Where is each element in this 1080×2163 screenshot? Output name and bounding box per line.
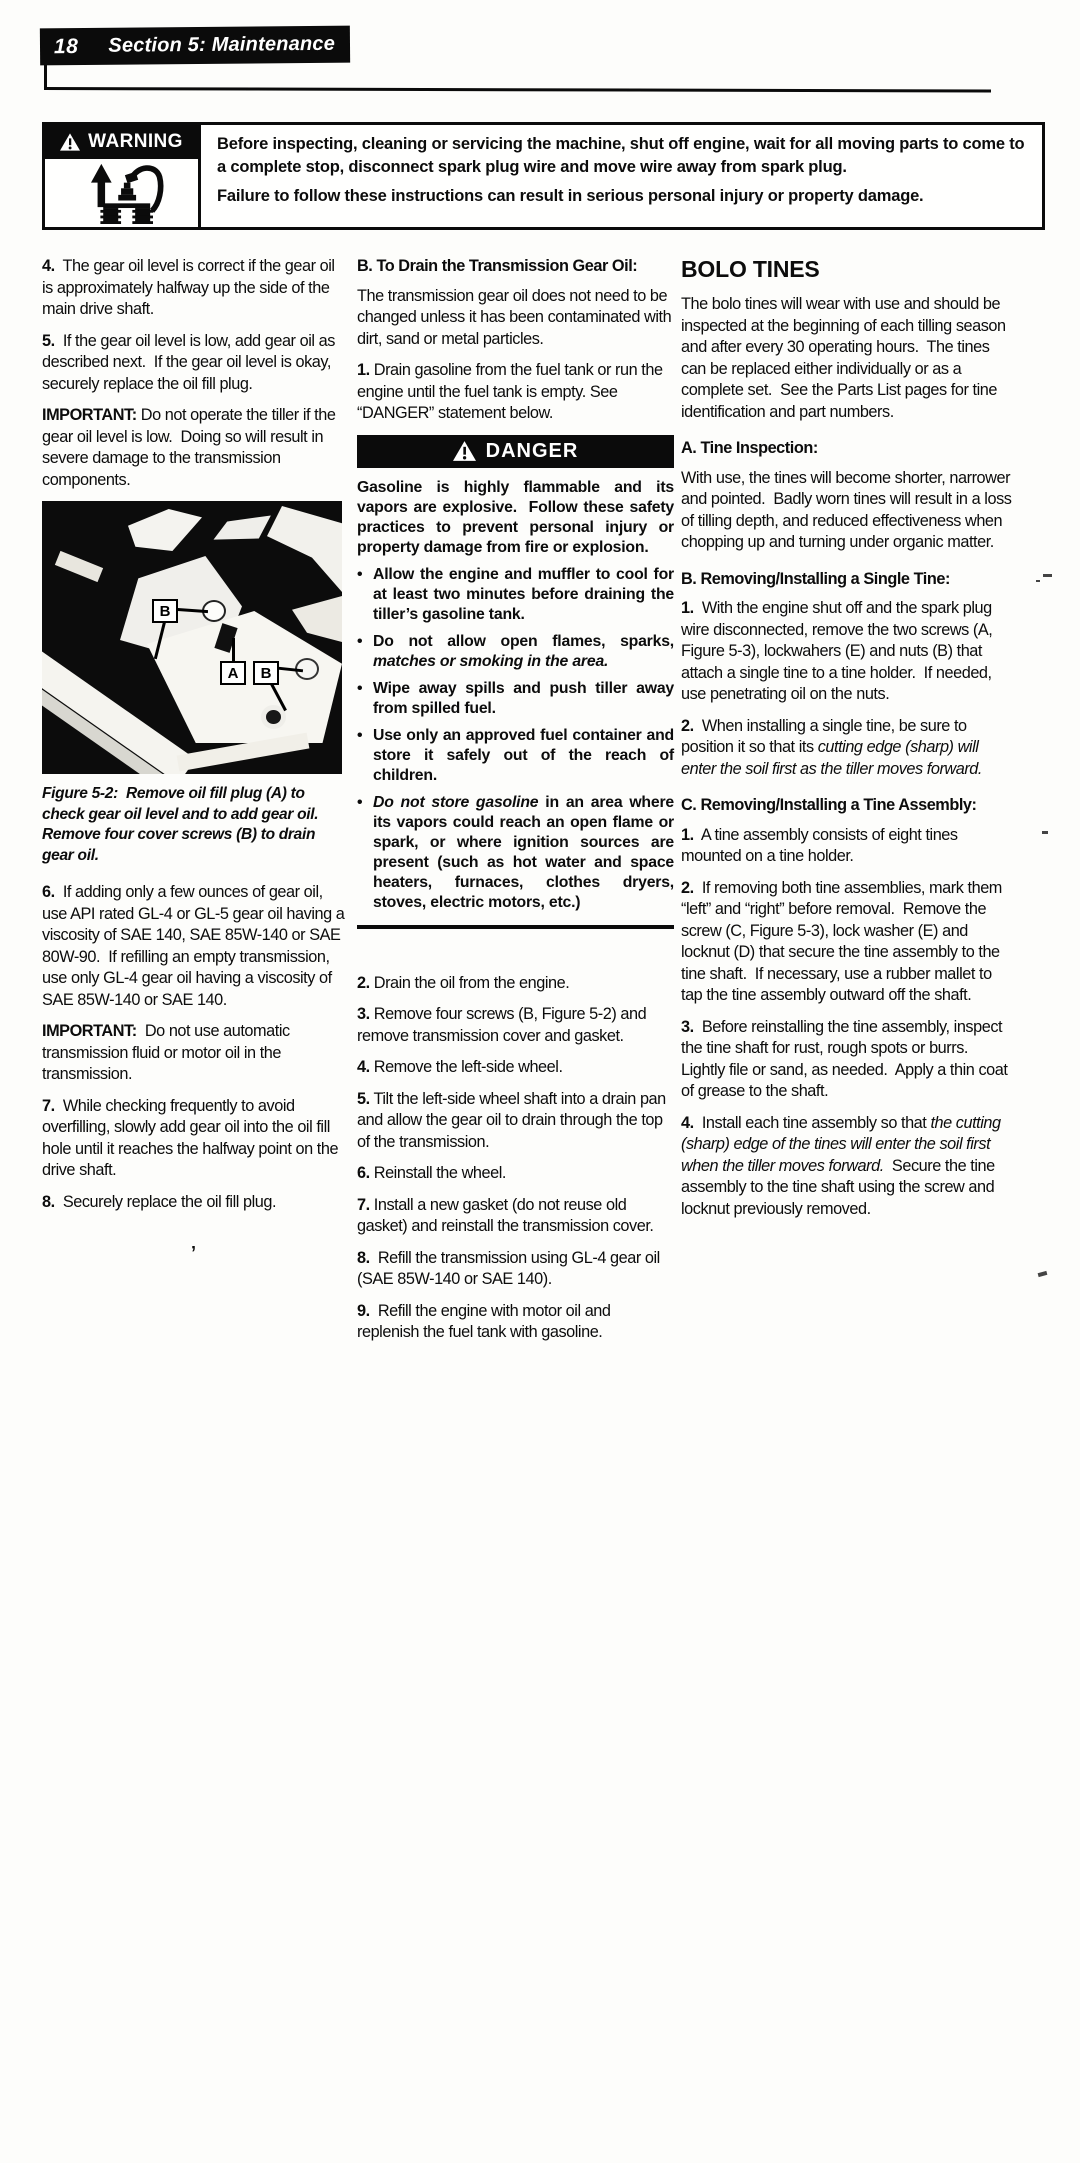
warning-triangle-icon bbox=[60, 133, 80, 151]
bullet-text: Do not allow open flames, sparks, matche… bbox=[373, 632, 674, 672]
section-heading: C. Removing/Installing a Tine Assembly: bbox=[681, 795, 1016, 817]
gear-oil-add-steps: 6. If adding only a few ounces of gear o… bbox=[42, 882, 345, 1213]
drain-gear-oil-steps: 2. Drain the oil from the engine.3. Remo… bbox=[357, 973, 674, 1344]
bullet-dot: • bbox=[357, 679, 373, 719]
bullet-text: Use only an approved fuel container and … bbox=[373, 726, 674, 786]
paragraph: 5. If the gear oil level is low, add gea… bbox=[42, 331, 345, 396]
photo-highlight bbox=[267, 506, 342, 592]
paragraph: 4. Remove the left-side wheel. bbox=[357, 1057, 674, 1079]
section-heading: B. Removing/Installing a Single Tine: bbox=[681, 569, 1016, 591]
spark-plug-icon bbox=[45, 159, 198, 227]
column-middle: B. To Drain the Transmission Gear Oil:Th… bbox=[357, 256, 674, 1354]
paragraph: 8. Securely replace the oil fill plug. bbox=[42, 1192, 345, 1214]
callout-line bbox=[232, 638, 235, 662]
bullet-item: •Allow the engine and muffler to cool fo… bbox=[357, 565, 674, 625]
paragraph: 7. Install a new gasket (do not reuse ol… bbox=[357, 1195, 674, 1238]
divider-rule bbox=[357, 925, 674, 929]
bullet-dot: • bbox=[357, 793, 373, 913]
paragraph: 4. The gear oil level is correct if the … bbox=[42, 256, 345, 321]
page-number: 18 bbox=[54, 35, 79, 59]
manual-page: 18 Section 5: Maintenance WARNING bbox=[0, 0, 1080, 2163]
photo-highlight bbox=[292, 596, 342, 642]
bullet-text: Allow the engine and muffler to cool for… bbox=[373, 565, 674, 625]
figure-label-a: A bbox=[220, 661, 246, 685]
paragraph: IMPORTANT: Do not use automatic transmis… bbox=[42, 1021, 345, 1086]
gear-oil-check-steps: 4. The gear oil level is correct if the … bbox=[42, 256, 345, 491]
danger-banner: DANGER bbox=[357, 435, 674, 468]
warning-box-left-cell: WARNING bbox=[45, 125, 201, 227]
warning-paragraph: Before inspecting, cleaning or servicing… bbox=[217, 133, 1028, 179]
bullet-dot: • bbox=[357, 726, 373, 786]
paragraph: The transmission gear oil does not need … bbox=[357, 286, 674, 351]
paragraph: 6. If adding only a few ounces of gear o… bbox=[42, 882, 345, 1011]
bullet-item: •Use only an approved fuel container and… bbox=[357, 726, 674, 786]
paragraph: IMPORTANT: Do not operate the tiller if … bbox=[42, 405, 345, 491]
figure-label-b: B bbox=[253, 661, 279, 685]
page-header: 18 Section 5: Maintenance bbox=[40, 26, 350, 66]
section-heading: A. Tine Inspection: bbox=[681, 438, 1016, 460]
warning-label: WARNING bbox=[88, 131, 183, 153]
warning-text: Before inspecting, cleaning or servicing… bbox=[201, 125, 1042, 227]
danger-label: DANGER bbox=[486, 440, 579, 463]
paragraph: 3. Remove four screws (B, Figure 5-2) an… bbox=[357, 1004, 674, 1047]
bolo-tines-section: BOLO TINESThe bolo tines will wear with … bbox=[681, 256, 1016, 1220]
paragraph: 4. Install each tine assembly so that th… bbox=[681, 1113, 1016, 1221]
figure-5-2: B A B Figure 5-2: Remove oil fill plug (… bbox=[42, 501, 345, 866]
warning-header: WARNING bbox=[45, 125, 198, 159]
figure-caption: Figure 5-2: Remove oil fill plug (A) to … bbox=[42, 784, 345, 866]
bullet-text: Wipe away spills and push tiller away fr… bbox=[373, 679, 674, 719]
paragraph: 9. Refill the engine with motor oil and … bbox=[357, 1301, 674, 1344]
ink-speck bbox=[1042, 831, 1048, 834]
column-left: 4. The gear oil level is correct if the … bbox=[42, 256, 345, 1264]
column-right: BOLO TINESThe bolo tines will wear with … bbox=[681, 256, 1016, 1230]
ink-speck bbox=[1038, 1271, 1048, 1277]
section-heading: BOLO TINES bbox=[681, 256, 1016, 283]
paragraph: 5. Tilt the left-side wheel shaft into a… bbox=[357, 1089, 674, 1154]
danger-triangle-icon bbox=[453, 441, 476, 461]
paragraph: 2. When installing a single tine, be sur… bbox=[681, 716, 1016, 781]
ink-speck bbox=[1036, 580, 1040, 582]
header-rule-horizontal bbox=[44, 87, 991, 92]
header-rule-vertical bbox=[44, 62, 47, 90]
warning-paragraph: Failure to follow these instructions can… bbox=[217, 185, 1028, 208]
photo-highlight bbox=[210, 508, 277, 552]
danger-content: Gasoline is highly flammable and its vap… bbox=[357, 478, 674, 913]
paragraph: 3. Before reinstalling the tine assembly… bbox=[681, 1017, 1016, 1103]
section-heading: B. To Drain the Transmission Gear Oil: bbox=[357, 256, 674, 278]
figure-label-b: B bbox=[152, 599, 178, 623]
photo-highlight bbox=[128, 509, 202, 551]
bullet-item: •Do not allow open flames, sparks, match… bbox=[357, 632, 674, 672]
paragraph: 8. Refill the transmission using GL-4 ge… bbox=[357, 1248, 674, 1291]
bullet-item: •Wipe away spills and push tiller away f… bbox=[357, 679, 674, 719]
paragraph: With use, the tines will become shorter,… bbox=[681, 468, 1016, 554]
ink-speck bbox=[1043, 574, 1052, 577]
paragraph: 2. Drain the oil from the engine. bbox=[357, 973, 674, 995]
paragraph: The bolo tines will wear with use and sh… bbox=[681, 294, 1016, 423]
bullet-dot: • bbox=[357, 632, 373, 672]
stray-ink-mark: ’ bbox=[42, 1243, 345, 1264]
bullet-text: Do not store gasoline in an area where i… bbox=[373, 793, 674, 913]
paragraph: Gasoline is highly flammable and its vap… bbox=[357, 478, 674, 558]
figure-photo: B A B bbox=[42, 501, 342, 774]
bullet-item: •Do not store gasoline in an area where … bbox=[357, 793, 674, 913]
bullet-dot: • bbox=[357, 565, 373, 625]
paragraph: 1. With the engine shut off and the spar… bbox=[681, 598, 1016, 706]
drain-gear-oil-intro: B. To Drain the Transmission Gear Oil:Th… bbox=[357, 256, 674, 425]
paragraph: 1. Drain gasoline from the fuel tank or … bbox=[357, 360, 674, 425]
photo-highlight bbox=[55, 551, 103, 582]
section-title: Section 5: Maintenance bbox=[108, 33, 335, 58]
warning-box: WARNING bbox=[42, 122, 1045, 230]
paragraph: 7. While checking frequently to avoid ov… bbox=[42, 1096, 345, 1182]
paragraph: 1. A tine assembly consists of eight tin… bbox=[681, 825, 1016, 868]
paragraph: 6. Reinstall the wheel. bbox=[357, 1163, 674, 1185]
paragraph: 2. If removing both tine assemblies, mar… bbox=[681, 878, 1016, 1007]
